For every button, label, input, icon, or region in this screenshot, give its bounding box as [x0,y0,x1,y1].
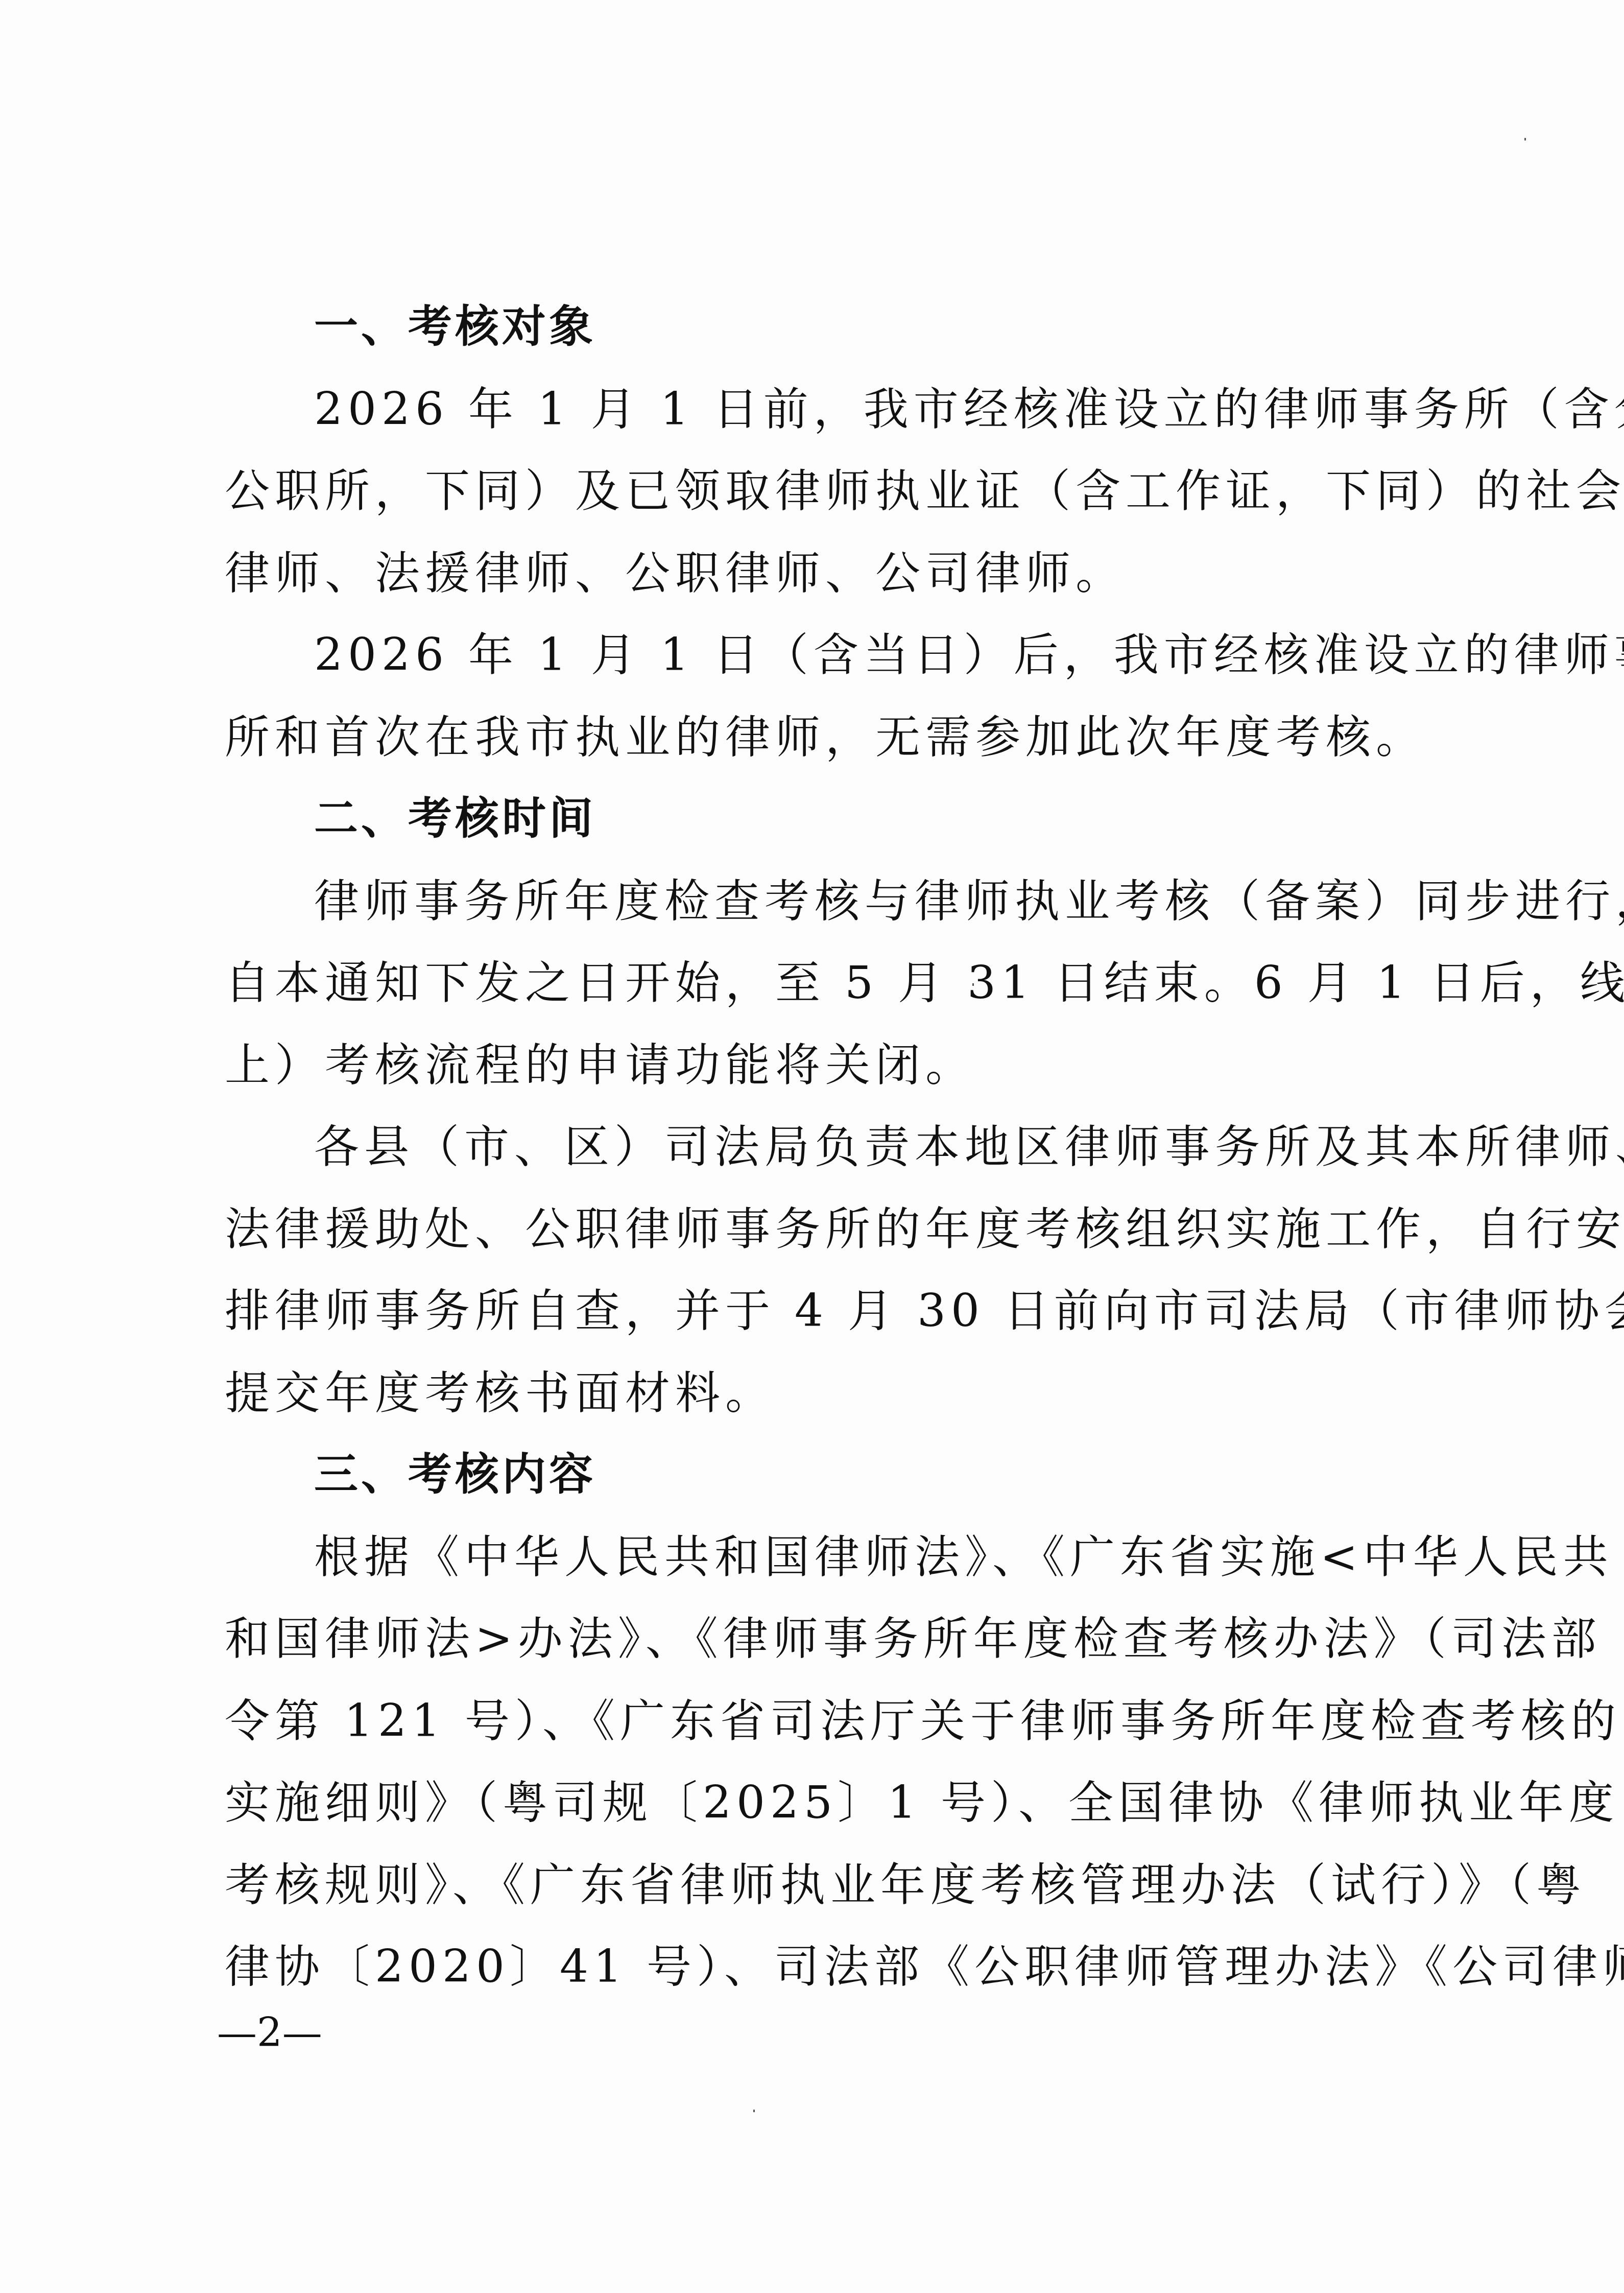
paragraph-line: 所和首次在我市执业的律师，无需参加此次年度考核。 [225,696,1440,778]
paragraph-line: 各县（市、区）司法局负责本地区律师事务所及其本所律师、 [225,1106,1440,1188]
paragraph-line: 公职所，下同）及已领取律师执业证（含工作证，下同）的社会 [225,450,1440,532]
scan-speck [972,983,974,986]
paragraph-line: 提交年度考核书面材料。 [225,1352,1440,1434]
section-heading-2: 二、考核时间 [225,778,1440,860]
scan-speck [1524,138,1526,140]
scan-speck [753,2110,755,2112]
paragraph-line: 2026 年 1 月 1 日前，我市经核准设立的律师事务所（含分所、 [225,368,1440,451]
paragraph-line: 2026 年 1 月 1 日（含当日）后，我市经核准设立的律师事务 [225,614,1440,696]
paragraph-line: 和国律师法>办法》、《律师事务所年度检查考核办法》（司法部 [225,1598,1440,1680]
section-heading-3: 三、考核内容 [225,1434,1440,1516]
paragraph-line: 考核规则》、《广东省律师执业年度考核管理办法（试行）》（粤 [225,1844,1440,1926]
paragraph-line: 排律师事务所自查，并于 4 月 30 日前向市司法局（市律师协会） [225,1270,1440,1352]
paragraph-line: 上）考核流程的申请功能将关闭。 [225,1024,1440,1106]
paragraph-line: 根据《中华人民共和国律师法》、《广东省实施<中华人民共 [225,1516,1440,1598]
paragraph-line: 令第 121 号）、《广东省司法厅关于律师事务所年度检查考核的 [225,1680,1440,1762]
paragraph-line: 实施细则》（粤司规〔2025〕1 号）、全国律协《律师执业年度 [225,1762,1440,1844]
paragraph-line: 律师事务所年度检查考核与律师执业考核（备案）同步进行， [225,860,1440,942]
page-number: —2— [217,2007,322,2059]
document-body: 一、考核对象 2026 年 1 月 1 日前，我市经核准设立的律师事务所（含分所… [225,286,1440,2008]
paragraph-line: 自本通知下发之日开始，至 5 月 31 日结束。6 月 1 日后，线上（网 [225,942,1440,1024]
document-page: 一、考核对象 2026 年 1 月 1 日前，我市经核准设立的律师事务所（含分所… [0,0,1624,2293]
paragraph-line: 律协〔2020〕41 号）、司法部《公职律师管理办法》《公司律师 [225,1926,1440,2008]
paragraph-line: 律师、法援律师、公职律师、公司律师。 [225,532,1440,614]
section-heading-1: 一、考核对象 [225,286,1440,368]
paragraph-line: 法律援助处、公职律师事务所的年度考核组织实施工作，自行安 [225,1188,1440,1270]
